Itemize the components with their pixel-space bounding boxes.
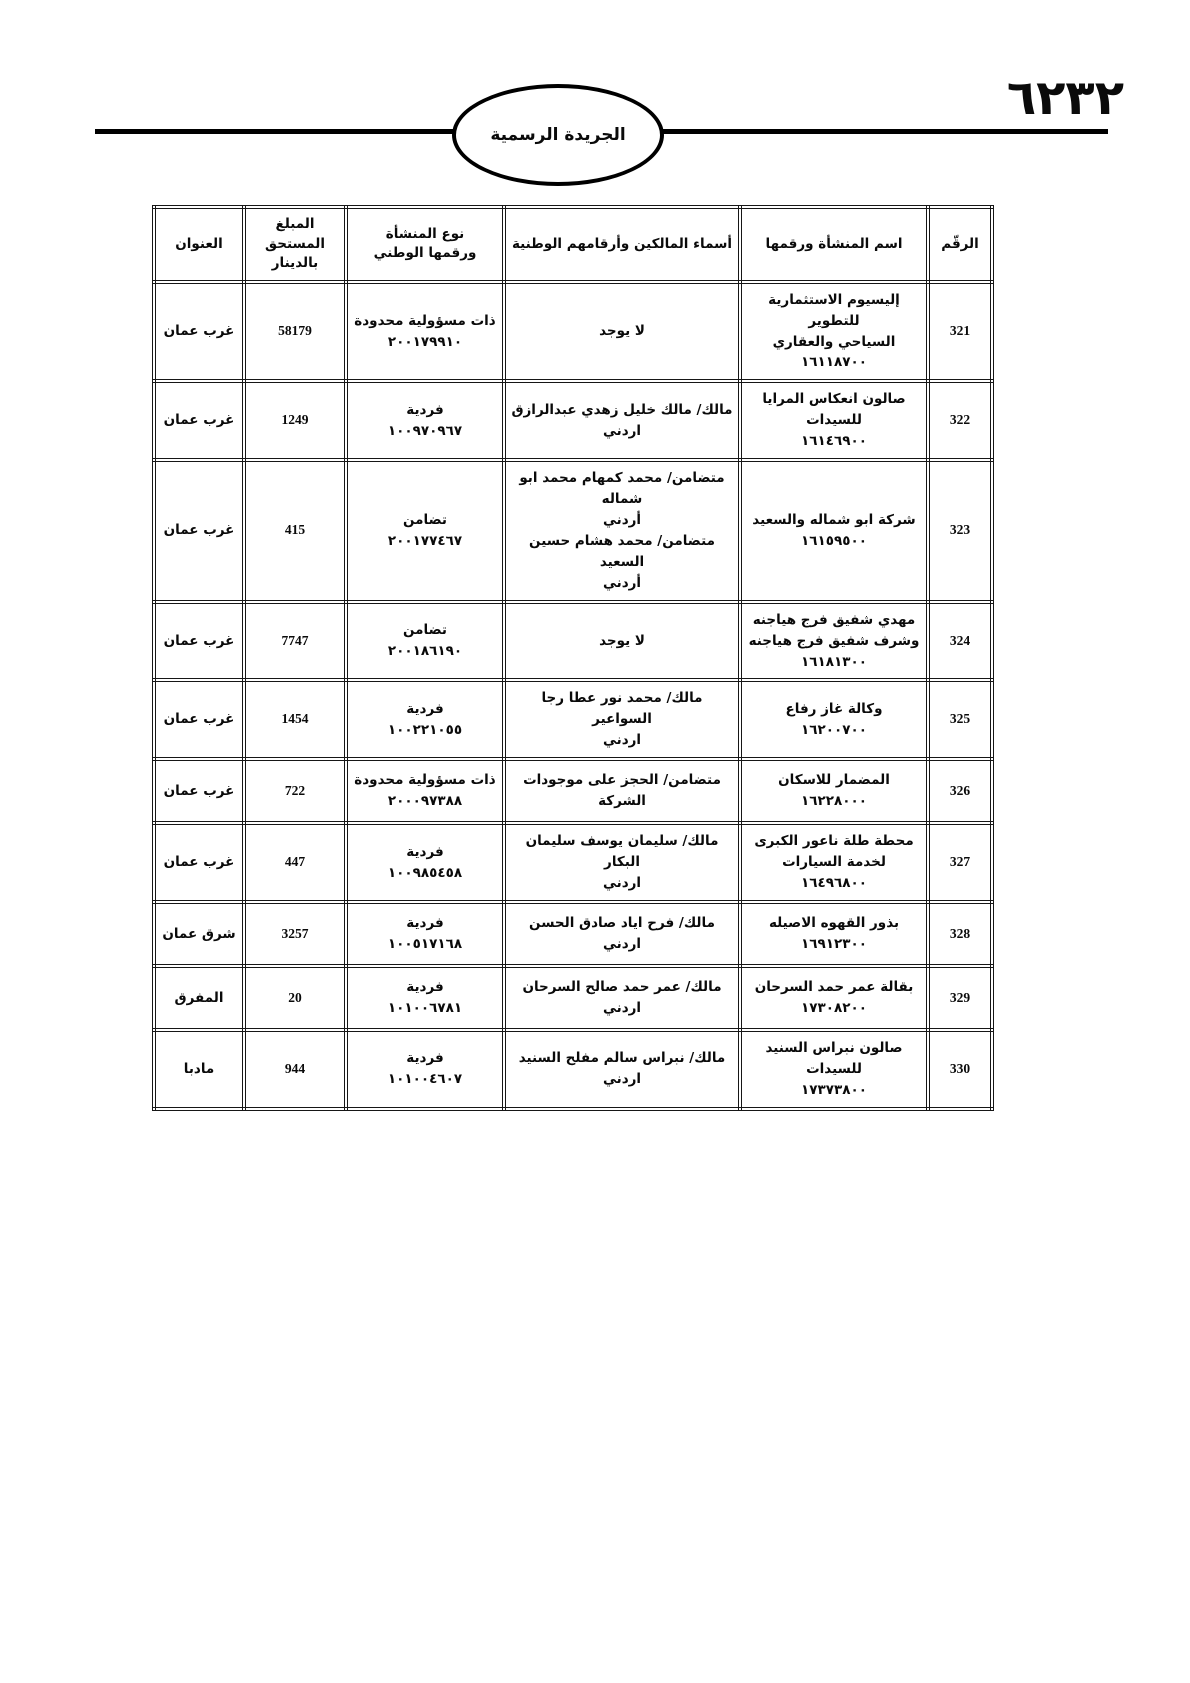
type-cell: تضامن٢٠٠١٧٧٤٦٧ [346,460,504,602]
type-cell: فردية١٠٠٩٨٥٤٥٨ [346,823,504,902]
establishments-table: الرقّم اسم المنشأة ورقمها أسماء المالكين… [152,205,994,1111]
gazette-title: الجريدة الرسمية [490,125,625,145]
row-number-cell: 328 [928,902,992,966]
address-cell: غرب عمان [154,460,244,602]
table-row: 330 صالون نبراس السنيد للسيدات١٧٣٧٣٨٠٠ م… [154,1030,992,1109]
type-cell: فردية١٠١٠٠٦٧٨١ [346,966,504,1030]
table-body: 321 إليسيوم الاستثمارية للتطويرالسياحي و… [154,282,992,1109]
col-header-address: العنوان [154,207,244,282]
row-number-cell: 329 [928,966,992,1030]
type-cell: فردية١٠٠٢٢١٠٥٥ [346,680,504,759]
page-number: ٦٢٣٢ [1007,74,1124,122]
owners-cell: مالك/ فرح اياد صادق الحسناردني [504,902,740,966]
address-cell: غرب عمان [154,282,244,382]
table-row: 327 محطة طلة ناعور الكبرىلخدمة السيارات١… [154,823,992,902]
table-header-row: الرقّم اسم المنشأة ورقمها أسماء المالكين… [154,207,992,282]
amount-cell: 1454 [244,680,346,759]
row-number-cell: 330 [928,1030,992,1109]
establishment-cell: بقالة عمر حمد السرحان١٧٣٠٨٢٠٠ [740,966,928,1030]
table-row: 324 مهدي شفيق فرج هياجنهوشرف شفيق فرج هي… [154,602,992,681]
row-number-cell: 325 [928,680,992,759]
row-number-cell: 324 [928,602,992,681]
amount-cell: 944 [244,1030,346,1109]
amount-cell: 415 [244,460,346,602]
establishment-cell: صالون انعكاس المرايا للسيدات١٦١٤٦٩٠٠ [740,381,928,460]
type-cell: فردية١٠١٠٠٤٦٠٧ [346,1030,504,1109]
table-row: 326 المضمار للاسكان١٦٢٢٨٠٠٠ متضامن/ الحج… [154,759,992,823]
address-cell: غرب عمان [154,680,244,759]
address-cell: غرب عمان [154,602,244,681]
gazette-page: ٦٢٣٢ الجريدة الرسمية الرقّم اسم المنشأة … [0,0,1190,1683]
row-number-cell: 327 [928,823,992,902]
amount-cell: 20 [244,966,346,1030]
establishment-cell: شركة ابو شماله والسعيد١٦١٥٩٥٠٠ [740,460,928,602]
amount-cell: 1249 [244,381,346,460]
col-header-establishment: اسم المنشأة ورقمها [740,207,928,282]
amount-cell: 447 [244,823,346,902]
owners-cell: متضامن/ الحجز على موجوداتالشركة [504,759,740,823]
owners-cell: لا يوجد [504,602,740,681]
establishment-cell: مهدي شفيق فرج هياجنهوشرف شفيق فرج هياجنه… [740,602,928,681]
address-cell: المفرق [154,966,244,1030]
address-cell: شرق عمان [154,902,244,966]
amount-cell: 722 [244,759,346,823]
table-row: 328 بذور القهوه الاصيله١٦٩١٢٣٠٠ مالك/ فر… [154,902,992,966]
owners-cell: مالك/ عمر حمد صالح السرحاناردني [504,966,740,1030]
table-row: 325 وكالة غاز رفاع١٦٢٠٠٧٠٠ مالك/ محمد نو… [154,680,992,759]
row-number-cell: 321 [928,282,992,382]
gazette-seal: الجريدة الرسمية [452,84,664,186]
amount-cell: 3257 [244,902,346,966]
establishment-cell: صالون نبراس السنيد للسيدات١٧٣٧٣٨٠٠ [740,1030,928,1109]
establishment-cell: بذور القهوه الاصيله١٦٩١٢٣٠٠ [740,902,928,966]
table-row: 321 إليسيوم الاستثمارية للتطويرالسياحي و… [154,282,992,382]
row-number-cell: 323 [928,460,992,602]
address-cell: غرب عمان [154,381,244,460]
type-cell: ذات مسؤولية محدودة٢٠٠١٧٩٩١٠ [346,282,504,382]
table-row: 322 صالون انعكاس المرايا للسيدات١٦١٤٦٩٠٠… [154,381,992,460]
establishment-cell: المضمار للاسكان١٦٢٢٨٠٠٠ [740,759,928,823]
row-number-cell: 322 [928,381,992,460]
type-cell: فردية١٠٠٥١٧١٦٨ [346,902,504,966]
type-cell: ذات مسؤولية محدودة٢٠٠٠٩٧٣٨٨ [346,759,504,823]
establishment-cell: وكالة غاز رفاع١٦٢٠٠٧٠٠ [740,680,928,759]
amount-cell: 7747 [244,602,346,681]
col-header-amount: المبلغ المستحقبالدينار [244,207,346,282]
owners-cell: متضامن/ محمد كمهام محمد ابو شمالهأردنيمت… [504,460,740,602]
address-cell: مادبا [154,1030,244,1109]
owners-cell: مالك/ نبراس سالم مفلح السنيداردني [504,1030,740,1109]
owners-cell: لا يوجد [504,282,740,382]
col-header-owners: أسماء المالكين وأرقامهم الوطنية [504,207,740,282]
owners-cell: مالك/ مالك خليل زهدي عبدالرازقاردني [504,381,740,460]
table-row: 323 شركة ابو شماله والسعيد١٦١٥٩٥٠٠ متضام… [154,460,992,602]
address-cell: غرب عمان [154,823,244,902]
owners-cell: مالك/ محمد نور عطا رجا السواعيراردني [504,680,740,759]
col-header-type: نوع المنشأةورقمها الوطني [346,207,504,282]
col-header-row-number: الرقّم [928,207,992,282]
type-cell: تضامن٢٠٠١٨٦١٩٠ [346,602,504,681]
address-cell: غرب عمان [154,759,244,823]
amount-cell: 58179 [244,282,346,382]
row-number-cell: 326 [928,759,992,823]
establishment-cell: إليسيوم الاستثمارية للتطويرالسياحي والعق… [740,282,928,382]
owners-cell: مالك/ سليمان يوسف سليمان البكاراردني [504,823,740,902]
type-cell: فردية١٠٠٩٧٠٩٦٧ [346,381,504,460]
table-row: 329 بقالة عمر حمد السرحان١٧٣٠٨٢٠٠ مالك/ … [154,966,992,1030]
establishment-cell: محطة طلة ناعور الكبرىلخدمة السيارات١٦٤٩٦… [740,823,928,902]
